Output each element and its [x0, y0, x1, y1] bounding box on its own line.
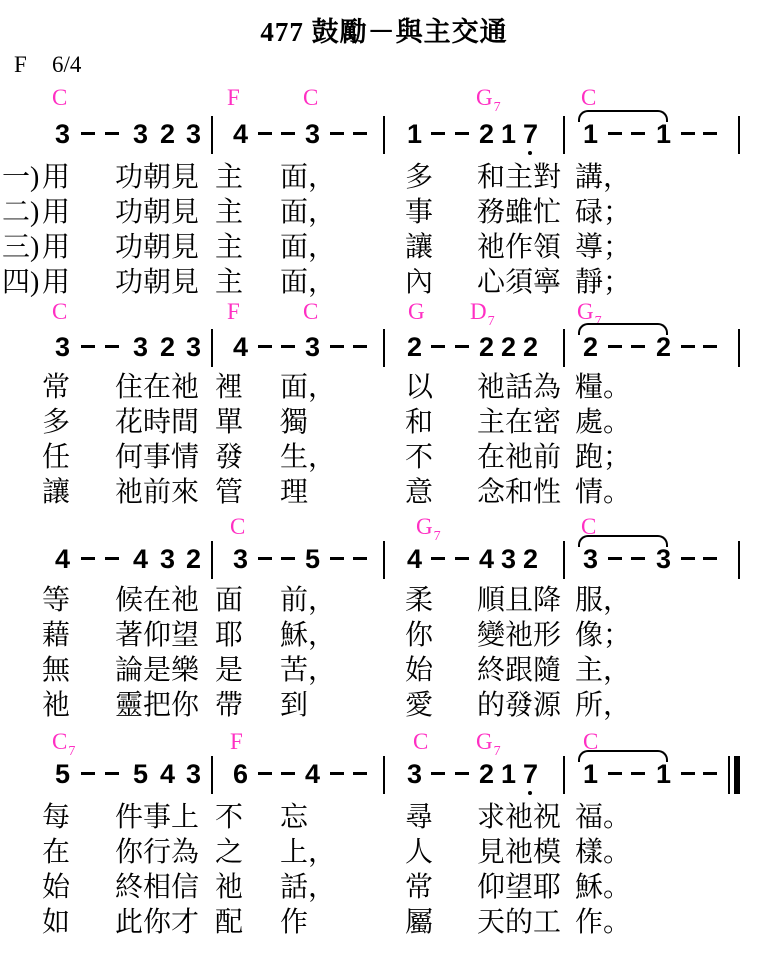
verse-label: 四): [2, 268, 39, 298]
note-dash: [105, 132, 119, 135]
note-digit: 4: [233, 120, 248, 148]
chord-symbol: F: [230, 730, 243, 754]
final-bar-thick: [734, 756, 740, 794]
chord-symbol: C: [52, 86, 67, 110]
note-dash: [455, 557, 469, 560]
lyric-token: 到: [280, 691, 308, 721]
lyric-token: 柔: [405, 586, 433, 616]
lyric-token: 不: [215, 803, 243, 833]
chord-symbol: G7: [416, 515, 441, 543]
lyric-token: 祂作領: [477, 233, 561, 263]
lyric-token: 不: [405, 443, 433, 473]
note-dash: [105, 772, 119, 775]
verse-label: 三): [2, 233, 39, 263]
note-digit: 7: [523, 760, 538, 788]
bar-line: [563, 329, 565, 367]
note-digit: 3: [55, 333, 70, 361]
lyric-token: 祂: [42, 691, 70, 721]
chord-subscript: 7: [488, 314, 495, 329]
lyric-token: 任: [42, 443, 70, 473]
chord-subscript: 7: [434, 529, 441, 544]
chord-symbol: C7: [52, 730, 75, 758]
bar-line: [738, 541, 740, 579]
lyric-token: 以: [405, 373, 433, 403]
note-dash: [431, 557, 445, 560]
key-letter: F: [14, 52, 27, 78]
note-dash: [330, 772, 344, 775]
note-digit: 6: [233, 760, 248, 788]
chord-subscript: 7: [494, 744, 501, 759]
lyric-token: 始: [405, 656, 433, 686]
note-dash: [258, 132, 272, 135]
lyric-token: 面，: [280, 233, 336, 263]
low-octave-dot: [528, 791, 532, 795]
note-digit: 3: [55, 120, 70, 148]
lyric-token: 面: [215, 586, 243, 616]
note-digit: 2: [583, 333, 598, 361]
note-dash: [81, 557, 95, 560]
lyric-token: 多: [405, 163, 433, 193]
lyric-token: 住在祂: [115, 373, 199, 403]
chord-symbol: C: [230, 515, 245, 539]
note-dash: [681, 772, 695, 775]
note-digit: 1: [656, 120, 671, 148]
chord-symbol: G7: [476, 730, 501, 758]
note-digit: 2: [160, 333, 175, 361]
lyric-token: 件事上: [115, 803, 199, 833]
note-digit: 5: [55, 760, 70, 788]
note-dash: [281, 345, 295, 348]
bar-line: [383, 541, 385, 579]
note-dash: [681, 132, 695, 135]
lyric-token: 順且降: [477, 586, 561, 616]
note-digit: 5: [133, 760, 148, 788]
note-digit: 3: [305, 333, 320, 361]
chord-symbol: F: [227, 86, 240, 110]
lyric-token: 你: [405, 621, 433, 651]
chord-symbol: C: [581, 86, 596, 110]
lyric-token: 在祂前: [477, 443, 561, 473]
lyric-token: 跑；: [575, 443, 631, 473]
lyric-token: 穌。: [575, 873, 631, 903]
lyric-token: 主: [215, 163, 243, 193]
note-digit: 3: [407, 760, 422, 788]
lyric-token: 配: [215, 908, 243, 938]
chord-symbol: C: [303, 300, 318, 324]
lyric-token: 獨: [280, 408, 308, 438]
note-dash: [105, 345, 119, 348]
lyric-token: 花時間: [115, 408, 199, 438]
lyric-token: 祂: [215, 873, 243, 903]
hymn-sheet: 477 鼓勵－與主交通 F 6/4 CFCG7C332343121711一)用功…: [0, 0, 768, 963]
lyric-token: 論是樂: [115, 656, 199, 686]
note-dash: [703, 132, 717, 135]
lyric-token: 前，: [280, 586, 336, 616]
lyric-token: 面，: [280, 268, 336, 298]
note-digit: 3: [656, 545, 671, 573]
lyric-token: 主在密: [477, 408, 561, 438]
lyric-token: 作: [280, 908, 308, 938]
bar-line: [211, 541, 213, 579]
note-digit: 2: [186, 545, 201, 573]
lyric-token: 見祂模: [477, 838, 561, 868]
lyric-token: 何事情: [115, 443, 199, 473]
chord-symbol: G7: [476, 86, 501, 114]
chord-symbol: C: [52, 300, 67, 324]
bar-line: [211, 329, 213, 367]
note-dash: [353, 345, 367, 348]
note-digit: 4: [160, 760, 175, 788]
chord-subscript: 7: [494, 100, 501, 115]
note-dash: [330, 345, 344, 348]
lyric-token: 無: [42, 656, 70, 686]
lyric-token: 面，: [280, 373, 336, 403]
lyric-token: 碌；: [575, 198, 631, 228]
lyric-token: 主，: [575, 656, 631, 686]
note-dash: [81, 772, 95, 775]
note-digit: 2: [479, 333, 494, 361]
note-dash: [455, 772, 469, 775]
note-digit: 1: [501, 760, 516, 788]
bar-line: [383, 329, 385, 367]
note-digit: 2: [523, 545, 538, 573]
lyric-token: 祂前來: [115, 478, 199, 508]
lyric-token: 功朝見: [115, 163, 199, 193]
bar-line: [211, 116, 213, 154]
note-digit: 3: [160, 545, 175, 573]
lyric-token: 著仰望: [115, 621, 199, 651]
lyric-token: 導；: [575, 233, 631, 263]
lyric-token: 樣。: [575, 838, 631, 868]
lyric-token: 功朝見: [115, 233, 199, 263]
bar-line: [738, 116, 740, 154]
lyric-token: 裡: [215, 373, 243, 403]
lyric-token: 始: [42, 873, 70, 903]
note-digit: 4: [305, 760, 320, 788]
verse-label: 一): [2, 163, 39, 193]
note-dash: [330, 132, 344, 135]
note-dash: [608, 772, 622, 775]
chord-symbol: C: [303, 86, 318, 110]
note-dash: [353, 557, 367, 560]
bar-line: [383, 756, 385, 794]
note-digit: 3: [133, 333, 148, 361]
lyric-token: 靈把你: [115, 691, 199, 721]
lyric-token: 屬: [405, 908, 433, 938]
lyric-token: 務雖忙: [477, 198, 561, 228]
lyric-token: 耶: [215, 621, 243, 651]
note-digit: 4: [133, 545, 148, 573]
note-digit: 3: [186, 120, 201, 148]
lyric-token: 意: [405, 478, 433, 508]
note-digit: 1: [407, 120, 422, 148]
lyric-token: 在: [42, 838, 70, 868]
lyric-token: 祂話為: [477, 373, 561, 403]
note-digit: 3: [133, 120, 148, 148]
note-dash: [455, 345, 469, 348]
low-octave-dot: [528, 151, 532, 155]
lyric-token: 講，: [575, 163, 631, 193]
chord-symbol: G: [408, 300, 425, 324]
note-digit: 3: [233, 545, 248, 573]
note-dash: [258, 557, 272, 560]
lyric-token: 理: [280, 478, 308, 508]
lyric-token: 此你才: [115, 908, 199, 938]
lyric-token: 如: [42, 908, 70, 938]
lyric-token: 心須寧: [477, 268, 561, 298]
lyric-token: 主: [215, 268, 243, 298]
lyric-token: 福。: [575, 803, 631, 833]
bar-line: [211, 756, 213, 794]
bar-line: [383, 116, 385, 154]
note-dash: [455, 132, 469, 135]
lyric-token: 糧。: [575, 373, 631, 403]
note-dash: [330, 557, 344, 560]
note-dash: [608, 557, 622, 560]
lyric-token: 面，: [280, 163, 336, 193]
lyric-token: 愛: [405, 691, 433, 721]
note-dash: [281, 772, 295, 775]
lyric-token: 功朝見: [115, 268, 199, 298]
hymn-title: 477 鼓勵－與主交通: [0, 10, 768, 49]
note-digit: 1: [656, 760, 671, 788]
note-digit: 3: [186, 760, 201, 788]
lyric-token: 單: [215, 408, 243, 438]
lyric-token: 多: [42, 408, 70, 438]
chord-symbol: C: [413, 730, 428, 754]
lyric-token: 上，: [280, 838, 336, 868]
lyric-token: 發: [215, 443, 243, 473]
lyric-token: 管: [215, 478, 243, 508]
note-dash: [81, 345, 95, 348]
note-digit: 4: [233, 333, 248, 361]
note-dash: [703, 557, 717, 560]
chord-symbol: F: [227, 300, 240, 324]
verse-label: 二): [2, 198, 39, 228]
note-digit: 3: [501, 545, 516, 573]
lyric-token: 是: [215, 656, 243, 686]
lyric-token: 作。: [575, 908, 631, 938]
lyric-token: 話，: [280, 873, 336, 903]
lyric-token: 候在祂: [115, 586, 199, 616]
lyric-token: 天的工: [477, 908, 561, 938]
note-digit: 4: [479, 545, 494, 573]
note-dash: [281, 132, 295, 135]
note-dash: [703, 345, 717, 348]
note-dash: [703, 772, 717, 775]
lyric-token: 穌，: [280, 621, 336, 651]
note-digit: 1: [501, 120, 516, 148]
note-digit: 2: [407, 333, 422, 361]
lyric-token: 和主對: [477, 163, 561, 193]
lyric-token: 終相信: [115, 873, 199, 903]
lyric-token: 常: [42, 373, 70, 403]
note-digit: 7: [523, 120, 538, 148]
lyric-token: 常: [405, 873, 433, 903]
lyric-token: 尋: [405, 803, 433, 833]
lyric-token: 和: [405, 408, 433, 438]
note-digit: 2: [479, 760, 494, 788]
lyric-token: 人: [405, 838, 433, 868]
lyric-token: 像；: [575, 621, 631, 651]
note-dash: [281, 557, 295, 560]
lyric-token: 念和性: [477, 478, 561, 508]
note-dash: [353, 132, 367, 135]
note-dash: [631, 557, 645, 560]
lyric-token: 服，: [575, 586, 631, 616]
lyric-token: 帶: [215, 691, 243, 721]
bar-line: [563, 756, 565, 794]
note-digit: 2: [523, 333, 538, 361]
lyric-token: 用: [42, 198, 70, 228]
lyric-token: 內: [405, 268, 433, 298]
lyric-token: 處。: [575, 408, 631, 438]
note-dash: [431, 772, 445, 775]
note-dash: [258, 345, 272, 348]
note-digit: 2: [501, 333, 516, 361]
note-digit: 2: [656, 333, 671, 361]
note-digit: 5: [305, 545, 320, 573]
note-digit: 1: [583, 760, 598, 788]
lyric-token: 忘: [280, 803, 308, 833]
lyric-token: 情。: [575, 478, 631, 508]
note-dash: [631, 132, 645, 135]
lyric-token: 你行為: [115, 838, 199, 868]
lyric-token: 之: [215, 838, 243, 868]
lyric-token: 求祂祝: [477, 803, 561, 833]
lyric-token: 功朝見: [115, 198, 199, 228]
note-digit: 3: [305, 120, 320, 148]
time-signature: 6/4: [52, 52, 81, 78]
lyric-token: 的發源: [477, 691, 561, 721]
note-dash: [681, 345, 695, 348]
lyric-token: 用: [42, 163, 70, 193]
lyric-token: 用: [42, 268, 70, 298]
bar-line: [738, 329, 740, 367]
lyric-token: 藉: [42, 621, 70, 651]
bar-line: [563, 116, 565, 154]
note-dash: [353, 772, 367, 775]
note-dash: [431, 345, 445, 348]
lyric-token: 變祂形: [477, 621, 561, 651]
note-digit: 4: [55, 545, 70, 573]
lyric-token: 主: [215, 233, 243, 263]
lyric-token: 用: [42, 233, 70, 263]
note-dash: [631, 345, 645, 348]
lyric-token: 仰望耶: [477, 873, 561, 903]
note-dash: [681, 557, 695, 560]
note-dash: [258, 772, 272, 775]
lyric-token: 等: [42, 586, 70, 616]
note-dash: [608, 132, 622, 135]
lyric-token: 靜；: [575, 268, 631, 298]
note-digit: 2: [160, 120, 175, 148]
bar-line: [563, 541, 565, 579]
note-dash: [431, 132, 445, 135]
lyric-token: 事: [405, 198, 433, 228]
lyric-token: 苦，: [280, 656, 336, 686]
note-digit: 2: [479, 120, 494, 148]
chord-subscript: 7: [68, 744, 75, 759]
lyric-token: 面，: [280, 198, 336, 228]
lyric-token: 終跟隨: [477, 656, 561, 686]
note-digit: 1: [583, 120, 598, 148]
note-digit: 3: [583, 545, 598, 573]
lyric-token: 每: [42, 803, 70, 833]
lyric-token: 主: [215, 198, 243, 228]
chord-symbol: D7: [470, 300, 495, 328]
lyric-token: 生，: [280, 443, 336, 473]
lyric-token: 讓: [405, 233, 433, 263]
note-dash: [631, 772, 645, 775]
lyric-token: 所，: [575, 691, 631, 721]
lyric-token: 讓: [42, 478, 70, 508]
note-dash: [105, 557, 119, 560]
note-digit: 4: [407, 545, 422, 573]
note-digit: 3: [186, 333, 201, 361]
final-bar-thin: [728, 756, 730, 794]
note-dash: [81, 132, 95, 135]
note-dash: [608, 345, 622, 348]
